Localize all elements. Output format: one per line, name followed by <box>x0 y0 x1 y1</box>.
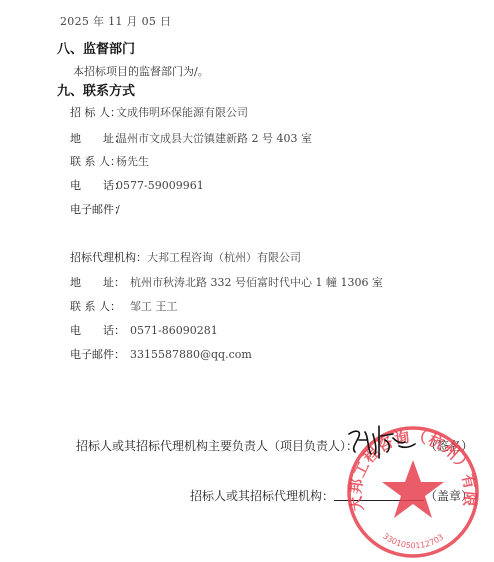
field-label: 招标代理机构： <box>70 249 147 265</box>
agency-email: 331558788​0@qq.com <box>130 348 252 361</box>
svg-text:3301050112703: 3301050112703 <box>381 531 445 550</box>
field-label: 电子邮件： <box>70 201 116 217</box>
organization-label: 招标人或其招标代理机构： <box>190 487 334 504</box>
document-date: 2025 年 11 月 05 日 <box>60 13 171 29</box>
seal-underline <box>334 500 424 501</box>
responsible-person-label: 招标人或其招标代理机构主要负责人（项目负责人）： <box>76 437 358 454</box>
field-label: 地 址： <box>70 130 116 146</box>
tenderer-contact-row: 联 系 人： 杨先生 <box>70 153 149 169</box>
tenderer-contact: 杨先生 <box>116 153 149 169</box>
tenderer-phone-row: 电 话： 0577-59009961 <box>70 177 204 193</box>
seal-suffix: （盖章） <box>425 487 473 504</box>
agency-contact: 邹工 王工 <box>130 298 178 314</box>
agency-name-row: 招标代理机构： 大邦工程咨询（杭州）有限公司 <box>70 249 301 265</box>
field-label: 招 标 人： <box>70 104 116 120</box>
tenderer-address-row: 地 址： 温州市文成县大峃镇建新路 2 号 403 室 <box>70 130 312 146</box>
signature-suffix: （签名） <box>425 437 473 454</box>
agency-address: 杭州市秋涛北路 332 号佰富时代中心 1 幢 1306 室 <box>130 274 383 290</box>
agency-phone: 0571-86090281 <box>130 324 218 337</box>
field-label: 联 系 人： <box>70 298 130 314</box>
agency-name: 大邦工程咨询（杭州）有限公司 <box>147 249 301 265</box>
tenderer-email: / <box>116 203 120 216</box>
tenderer-name: 文成伟明环保能源有限公司 <box>116 104 248 120</box>
tenderer-phone: 0577-59009961 <box>116 179 204 192</box>
agency-address-row: 地 址： 杭州市秋涛北路 332 号佰富时代中心 1 幢 1306 室 <box>70 274 383 290</box>
tenderer-name-row: 招 标 人： 文成伟明环保能源有限公司 <box>70 104 248 120</box>
agency-email-row: 电子邮件： 331558788​0@qq.com <box>70 346 252 362</box>
field-label: 电 话： <box>70 322 130 338</box>
tenderer-address: 温州市文成县大峃镇建新路 2 号 403 室 <box>116 130 312 146</box>
field-label: 地 址： <box>70 274 130 290</box>
field-label: 电 话： <box>70 177 116 193</box>
section-8-title: 八、监督部门 <box>57 38 135 57</box>
agency-phone-row: 电 话： 0571-86090281 <box>70 322 218 338</box>
agency-contact-row: 联 系 人： 邹工 王工 <box>70 298 178 314</box>
field-label: 联 系 人： <box>70 153 116 169</box>
section-8-body: 本招标项目的监督部门为/。 <box>73 63 209 79</box>
section-9-title: 九、联系方式 <box>57 80 135 99</box>
field-label: 电子邮件： <box>70 346 130 362</box>
tenderer-email-row: 电子邮件： / <box>70 201 120 217</box>
